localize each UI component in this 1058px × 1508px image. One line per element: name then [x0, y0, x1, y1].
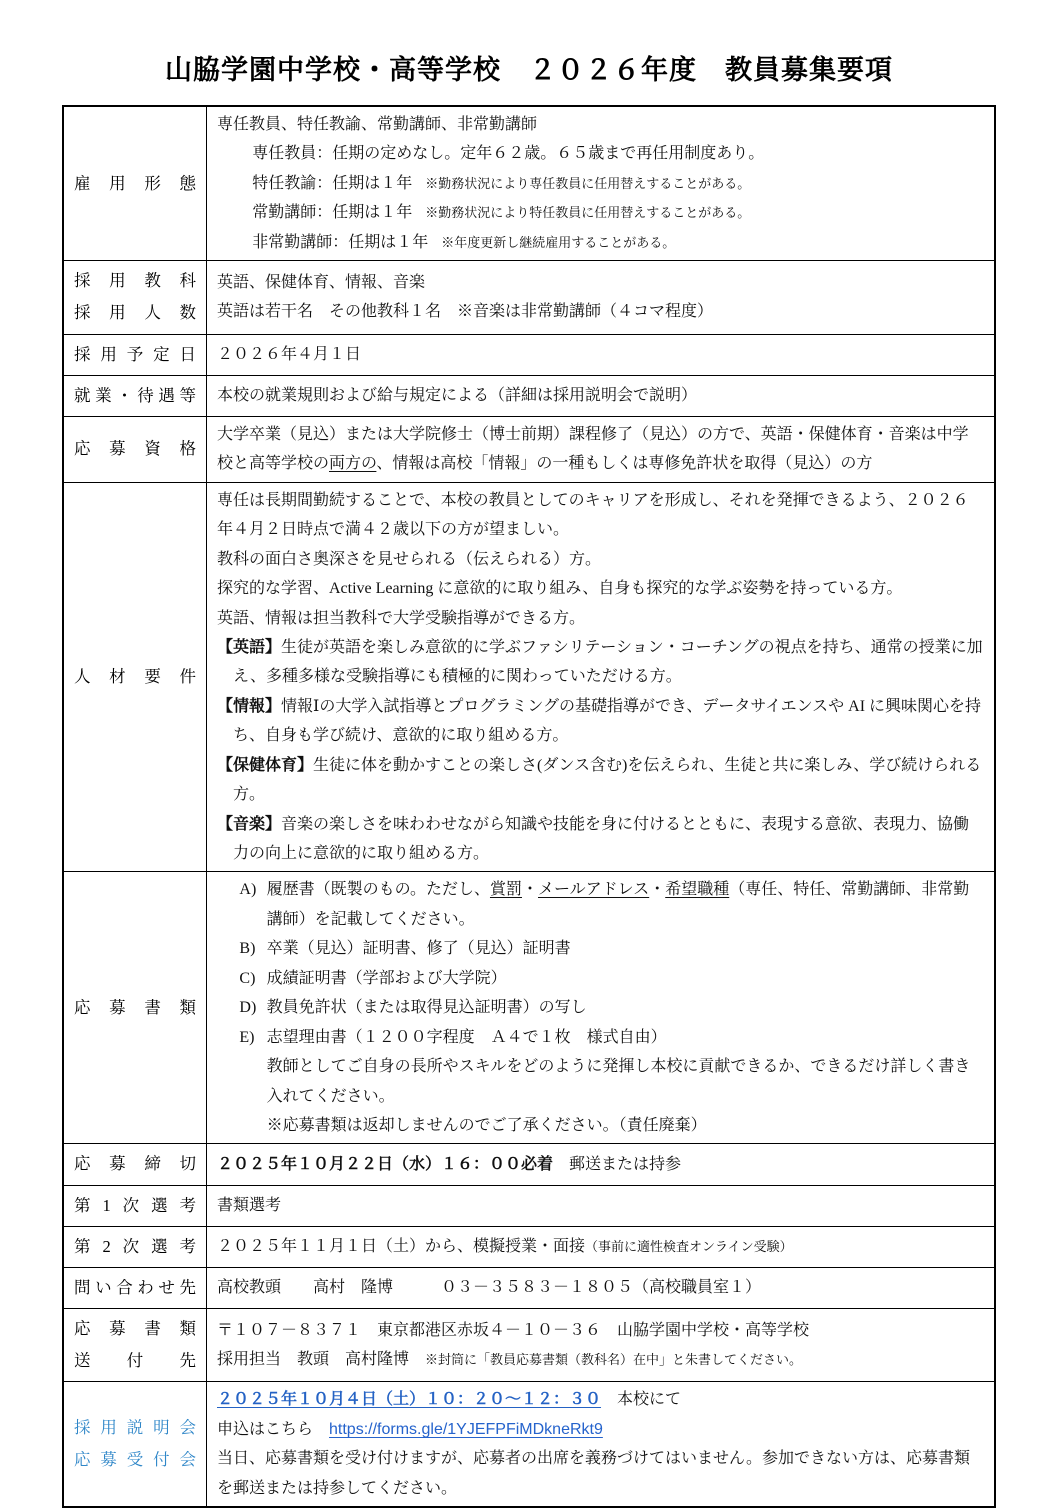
text-segment: 〒１０７－８３７１ 東京都港区赤坂４－１０－３６ 山脇学園中学校・高等学校 — [217, 1322, 809, 1339]
text-segment: （事前に適性検査オンライン受験） — [585, 1239, 793, 1254]
paragraph: 英語、保健体育、情報、音楽 — [217, 268, 984, 297]
row-label-line: 第1次選考 — [74, 1190, 196, 1222]
row-label: 応募資格 — [63, 416, 207, 482]
paragraph: 英語、情報は担当教科で大学受験指導ができる方。 — [217, 604, 984, 633]
text-segment: 【音楽】 — [217, 816, 281, 833]
row-label-line: 応募書類 — [74, 1313, 196, 1345]
row-content: 〒１０７－８３７１ 東京都港区赤坂４－１０－３６ 山脇学園中学校・高等学校採用担… — [207, 1309, 996, 1382]
paragraph: 英語は若干名 その他教科１名 ※音楽は非常勤講師（４コマ程度） — [217, 297, 984, 326]
paragraph: D)教員免許状（または取得見込証明書）の写し — [217, 993, 984, 1022]
text-segment: 【英語】 — [217, 639, 281, 656]
paragraph: 特任教諭：任期は１年 ※勤務状況により専任教員に任用替えすることがある。 — [217, 169, 984, 198]
text-segment: 【情報】 — [217, 698, 281, 715]
paragraph: 専任教員：任期の定めなし。定年６２歳。６５歳まで再任用制度あり。 — [217, 139, 984, 168]
table-row: 採用説明会応募受付会２０２５年１０月４日（土）１０：２０～１２：３０ 本校にて申… — [63, 1382, 995, 1507]
text-segment: ２０２５年１０月２２日（水）１６：００必着 — [217, 1156, 553, 1173]
text-segment: 探究的な学習、Active Learning に意欲的に取り組み、自身も探究的な… — [217, 580, 902, 597]
row-label-line: 人材要件 — [74, 661, 196, 693]
text-segment: メールアドレス — [538, 881, 649, 898]
text-segment: 希望職種 — [665, 881, 729, 898]
paragraph: 採用担当 教頭 高村隆博 ※封筒に「教員応募書類（教科名）在中」と朱書してくださ… — [217, 1345, 984, 1374]
row-label: 第2次選考 — [63, 1226, 207, 1267]
text-segment: 卒業（見込）証明書、修了（見込）証明書 — [267, 940, 571, 957]
paragraph: ２０２６年４月１日 — [217, 340, 984, 369]
row-label: 採用予定日 — [63, 334, 207, 375]
paragraph: A)履歴書（既製のもの。ただし、賞罰・メールアドレス・希望職種（専任、特任、常勤… — [217, 875, 984, 934]
row-label: 採用教科採用人数 — [63, 261, 207, 334]
text-segment: 書類選考 — [217, 1197, 281, 1214]
text-segment: 情報Ⅰの大学入試指導とプログラミングの基礎指導ができ、データサイエンスや AI … — [233, 698, 981, 744]
text-segment: 郵送または持参 — [553, 1156, 681, 1173]
row-content: A)履歴書（既製のもの。ただし、賞罰・メールアドレス・希望職種（専任、特任、常勤… — [207, 872, 996, 1144]
text-segment: 専任教員、特任教諭、常勤講師、非常勤講師 — [217, 116, 537, 133]
application-form-link[interactable]: https://forms.gle/1YJEFPFiMDkneRkt9 — [329, 1421, 603, 1438]
paragraph: 書類選考 — [217, 1191, 984, 1220]
paragraph: 常勤講師：任期は１年 ※勤務状況により特任教員に任用替えすることがある。 — [217, 198, 984, 227]
list-marker: A) — [239, 875, 266, 904]
table-row: 人材要件専任は長期間勤続することで、本校の教員としてのキャリアを形成し、それを発… — [63, 482, 995, 872]
paragraph: 申込はこちら https://forms.gle/1YJEFPFiMDkneRk… — [217, 1415, 984, 1444]
paragraph: ２０２５年１０月４日（土）１０：２０～１２：３０ 本校にて — [217, 1385, 984, 1414]
text-segment: ※勤務状況により特任教員に任用替えすることがある。 — [412, 205, 750, 220]
text-segment: ※封筒に「教員応募書類（教科名）在中」と朱書してください。 — [425, 1352, 802, 1367]
row-label: 応募書類送付先 — [63, 1309, 207, 1382]
row-label: 応募書類 — [63, 872, 207, 1144]
text-segment: ※年度更新し継続雇用することがある。 — [428, 235, 675, 250]
text-segment: ２０２６年４月１日 — [217, 346, 361, 363]
text-segment: 非常勤講師：任期は１年 — [252, 234, 428, 251]
paragraph: 【保健体育】生徒に体を動かすことの楽しさ(ダンス含む)を伝えられ、生徒と共に楽し… — [217, 751, 984, 810]
table-row: 問い合わせ先高校教頭 高村 隆博 ０３－３５８３－１８０５（高校職員室１） — [63, 1267, 995, 1308]
paragraph: 〒１０７－８３７１ 東京都港区赤坂４－１０－３６ 山脇学園中学校・高等学校 — [217, 1316, 984, 1345]
text-segment: 【保健体育】 — [217, 757, 313, 774]
text-segment: 特任教諭：任期は１年 — [252, 175, 412, 192]
text-segment: 専任教員：任期の定めなし。定年６２歳。６５歳まで再任用制度あり。 — [252, 145, 764, 162]
table-row: 応募書類送付先〒１０７－８３７１ 東京都港区赤坂４－１０－３６ 山脇学園中学校・… — [63, 1309, 995, 1382]
text-segment: 教師としてご自身の長所やスキルをどのように発揮し本校に貢献できるか、できるだけ詳… — [267, 1058, 971, 1104]
page-title: 山脇学園中学校・高等学校 ２０２６年度 教員募集要項 — [0, 0, 1058, 87]
paragraph: ２０２５年１０月２２日（水）１６：００必着 郵送または持参 — [217, 1150, 984, 1179]
paragraph: 探究的な学習、Active Learning に意欲的に取り組み、自身も探究的な… — [217, 574, 984, 603]
document-page: 山脇学園中学校・高等学校 ２０２６年度 教員募集要項 雇用形態専任教員、特任教諭… — [0, 0, 1058, 1508]
recruitment-table: 雇用形態専任教員、特任教諭、常勤講師、非常勤講師専任教員：任期の定めなし。定年６… — [62, 105, 996, 1508]
row-label-line: 採用人数 — [74, 297, 196, 329]
row-content: 高校教頭 高村 隆博 ０３－３５８３－１８０５（高校職員室１） — [207, 1267, 996, 1308]
paragraph: C)成績証明書（学部および大学院） — [217, 964, 984, 993]
text-segment: 両方の — [329, 455, 376, 472]
row-content: ２０２５年１０月４日（土）１０：２０～１２：３０ 本校にて申込はこちら http… — [207, 1382, 996, 1507]
text-segment: 採用担当 教頭 高村隆博 — [217, 1351, 425, 1368]
row-content: ２０２５年１０月２２日（水）１６：００必着 郵送または持参 — [207, 1144, 996, 1185]
text-segment: ・ — [522, 881, 538, 898]
row-label: 人材要件 — [63, 482, 207, 872]
text-segment: 賞罰 — [490, 881, 522, 898]
paragraph: 専任は長期間勤続することで、本校の教員としてのキャリアを形成し、それを発揮できる… — [217, 486, 984, 545]
text-segment: 教員免許状（または取得見込証明書）の写し — [267, 999, 587, 1016]
text-segment: 志望理由書（１２００字程度 Ａ４で１枚 様式自由） — [267, 1029, 667, 1046]
text-segment: 高校教頭 高村 隆博 ０３－３５８３－１８０５（高校職員室１） — [217, 1279, 761, 1296]
row-content: 英語、保健体育、情報、音楽英語は若干名 その他教科１名 ※音楽は非常勤講師（４コ… — [207, 261, 996, 334]
table-row: 応募書類A)履歴書（既製のもの。ただし、賞罰・メールアドレス・希望職種（専任、特… — [63, 872, 995, 1144]
table-row: 応募資格大学卒業（見込）または大学院修士（博士前期）課程修了（見込）の方で、英語… — [63, 416, 995, 482]
text-segment: ※勤務状況により専任教員に任用替えすることがある。 — [412, 176, 750, 191]
text-segment: 専任は長期間勤続することで、本校の教員としてのキャリアを形成し、それを発揮できる… — [217, 492, 969, 538]
row-label-line: 応募資格 — [74, 433, 196, 465]
paragraph: 専任教員、特任教諭、常勤講師、非常勤講師 — [217, 110, 984, 139]
paragraph: 非常勤講師：任期は１年 ※年度更新し継続雇用することがある。 — [217, 228, 984, 257]
row-label: 第1次選考 — [63, 1185, 207, 1226]
paragraph: B)卒業（見込）証明書、修了（見込）証明書 — [217, 934, 984, 963]
text-segment: 生徒が英語を楽しみ意欲的に学ぶファシリテーション・コーチングの視点を持ち、通常の… — [233, 639, 983, 685]
text-segment: ※応募書類は返却しませんのでご了承ください。（責任廃棄） — [267, 1117, 707, 1134]
list-marker: E) — [239, 1023, 266, 1052]
paragraph: 【情報】情報Ⅰの大学入試指導とプログラミングの基礎指導ができ、データサイエンスや… — [217, 692, 984, 751]
row-content: 書類選考 — [207, 1185, 996, 1226]
row-label: 問い合わせ先 — [63, 1267, 207, 1308]
list-marker: C) — [239, 964, 266, 993]
row-content: 大学卒業（見込）または大学院修士（博士前期）課程修了（見込）の方で、英語・保健体… — [207, 416, 996, 482]
table-row: 応募締切２０２５年１０月２２日（水）１６：００必着 郵送または持参 — [63, 1144, 995, 1185]
row-label-line: 就業・待遇等 — [74, 380, 196, 412]
table-row: 第1次選考書類選考 — [63, 1185, 995, 1226]
row-label-line: 送付先 — [74, 1345, 196, 1377]
list-marker: D) — [239, 993, 266, 1022]
row-label-line: 採用予定日 — [74, 339, 196, 371]
table-row: 採用教科採用人数英語、保健体育、情報、音楽英語は若干名 その他教科１名 ※音楽は… — [63, 261, 995, 334]
row-content: 専任は長期間勤続することで、本校の教員としてのキャリアを形成し、それを発揮できる… — [207, 482, 996, 872]
table-row: 第2次選考２０２５年１１月１日（土）から、模擬授業・面接（事前に適性検査オンライ… — [63, 1226, 995, 1267]
text-segment: ・ — [649, 881, 665, 898]
paragraph: 本校の就業規則および給与規定による（詳細は採用説明会で説明） — [217, 381, 984, 410]
row-label: 応募締切 — [63, 1144, 207, 1185]
text-segment: 教科の面白さ奥深さを見せられる（伝えられる）方。 — [217, 551, 601, 568]
table-row: 就業・待遇等本校の就業規則および給与規定による（詳細は採用説明会で説明） — [63, 375, 995, 416]
text-segment: 生徒に体を動かすことの楽しさ(ダンス含む)を伝えられ、生徒と共に楽しみ、学び続け… — [233, 757, 981, 803]
row-label-line: 応募受付会 — [74, 1444, 196, 1476]
text-segment: ２０２５年１０月４日（土）１０：２０～１２：３０ — [217, 1391, 601, 1408]
row-label-line: 応募締切 — [74, 1148, 196, 1180]
paragraph: 高校教頭 高村 隆博 ０３－３５８３－１８０５（高校職員室１） — [217, 1273, 984, 1302]
text-segment: 履歴書（既製のもの。ただし、 — [267, 881, 490, 898]
row-content: 本校の就業規則および給与規定による（詳細は採用説明会で説明） — [207, 375, 996, 416]
paragraph: 【音楽】音楽の楽しさを味わわせながら知識や技能を身に付けるとともに、表現する意欲… — [217, 810, 984, 869]
paragraph: 教師としてご自身の長所やスキルをどのように発揮し本校に貢献できるか、できるだけ詳… — [217, 1052, 984, 1111]
list-marker: B) — [239, 934, 266, 963]
row-label: 採用説明会応募受付会 — [63, 1382, 207, 1507]
paragraph: ※応募書類は返却しませんのでご了承ください。（責任廃棄） — [217, 1111, 984, 1140]
text-segment: 英語、保健体育、情報、音楽 — [217, 274, 425, 291]
paragraph: E)志望理由書（１２００字程度 Ａ４で１枚 様式自由） — [217, 1023, 984, 1052]
row-label: 就業・待遇等 — [63, 375, 207, 416]
row-label-line: 採用説明会 — [74, 1412, 196, 1444]
row-label: 雇用形態 — [63, 106, 207, 261]
text-segment: 英語は若干名 その他教科１名 ※音楽は非常勤講師（４コマ程度） — [217, 303, 713, 320]
row-label-line: 応募書類 — [74, 992, 196, 1024]
text-segment: 本校にて — [601, 1391, 681, 1408]
paragraph: 教科の面白さ奥深さを見せられる（伝えられる）方。 — [217, 545, 984, 574]
text-segment: 当日、応募書類を受け付けますが、応募者の出席を義務づけてはいません。参加できない… — [217, 1450, 970, 1496]
text-segment: 、情報は高校「情報」の一種もしくは専修免許状を取得（見込）の方 — [376, 455, 872, 472]
text-segment: 申込はこちら — [217, 1421, 329, 1438]
row-label-line: 採用教科 — [74, 265, 196, 297]
table-row: 採用予定日２０２６年４月１日 — [63, 334, 995, 375]
paragraph: 大学卒業（見込）または大学院修士（博士前期）課程修了（見込）の方で、英語・保健体… — [217, 420, 984, 479]
row-label-line: 問い合わせ先 — [74, 1272, 196, 1304]
text-segment: 音楽の楽しさを味わわせながら知識や技能を身に付けるとともに、表現する意欲、表現力… — [233, 816, 969, 862]
row-label-line: 雇用形態 — [74, 168, 196, 200]
text-segment: 本校の就業規則および給与規定による（詳細は採用説明会で説明） — [217, 387, 697, 404]
recruitment-table-body: 雇用形態専任教員、特任教諭、常勤講師、非常勤講師専任教員：任期の定めなし。定年６… — [63, 106, 995, 1507]
text-segment: 常勤講師：任期は１年 — [252, 204, 412, 221]
row-label-line: 第2次選考 — [74, 1231, 196, 1263]
row-content: ２０２５年１１月１日（土）から、模擬授業・面接（事前に適性検査オンライン受験） — [207, 1226, 996, 1267]
text-segment: 英語、情報は担当教科で大学受験指導ができる方。 — [217, 610, 585, 627]
text-segment: ２０２５年１１月１日（土）から、模擬授業・面接 — [217, 1238, 585, 1255]
paragraph: 【英語】生徒が英語を楽しみ意欲的に学ぶファシリテーション・コーチングの視点を持ち… — [217, 633, 984, 692]
paragraph: ２０２５年１１月１日（土）から、模擬授業・面接（事前に適性検査オンライン受験） — [217, 1232, 984, 1261]
row-content: ２０２６年４月１日 — [207, 334, 996, 375]
table-row: 雇用形態専任教員、特任教諭、常勤講師、非常勤講師専任教員：任期の定めなし。定年６… — [63, 106, 995, 261]
row-content: 専任教員、特任教諭、常勤講師、非常勤講師専任教員：任期の定めなし。定年６２歳。６… — [207, 106, 996, 261]
text-segment: 成績証明書（学部および大学院） — [267, 970, 507, 987]
paragraph: 当日、応募書類を受け付けますが、応募者の出席を義務づけてはいません。参加できない… — [217, 1444, 984, 1503]
